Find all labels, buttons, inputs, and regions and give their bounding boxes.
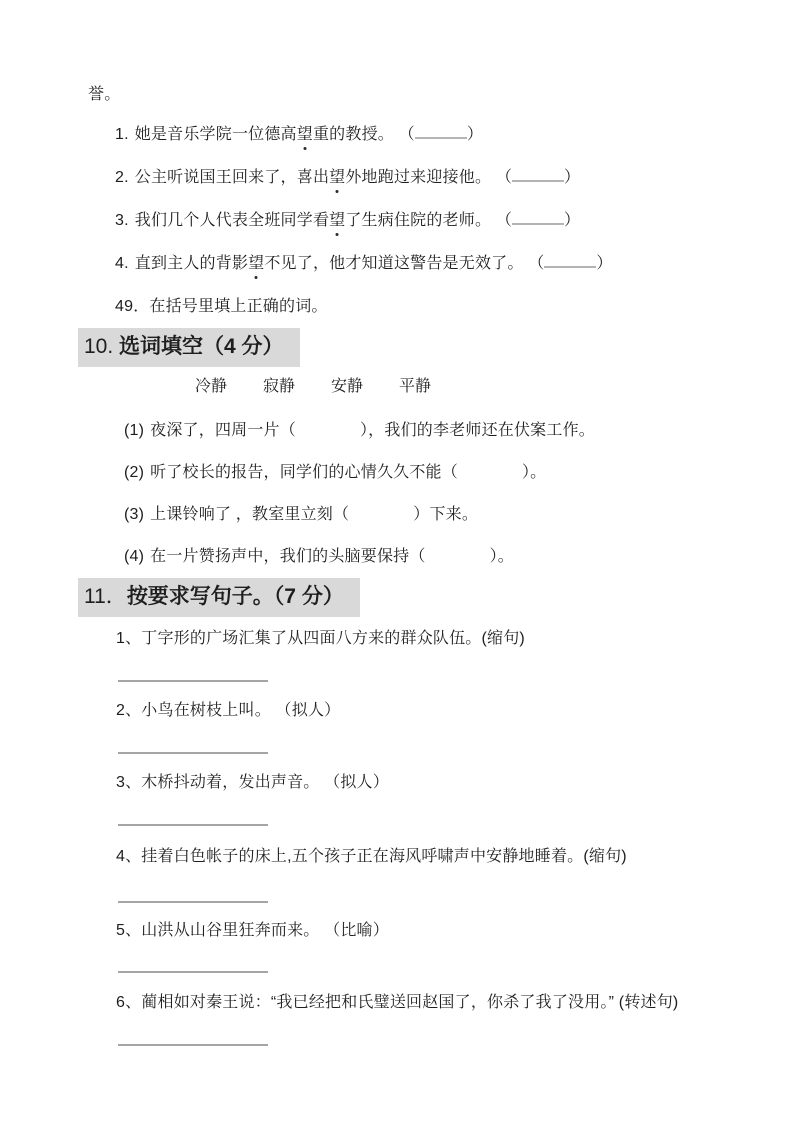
q9-item-2: 2.公主听说国王回来了，喜出望外地跑过来迎接他。 （） [115, 167, 580, 189]
answer-line[interactable] [118, 824, 268, 826]
q10-item-4: (4)在一片赞扬声中，我们的头脑要保持（）。 [124, 546, 514, 568]
q9-item-4: 4.直到主人的背影望不见了，他才知道这警告是无效了。 （） [115, 253, 613, 275]
item-number: (4) [124, 548, 144, 565]
word-bank-item: 冷静 [195, 376, 227, 398]
item-number: (2) [124, 464, 144, 481]
paren-close: ） [522, 464, 530, 481]
answer-line[interactable] [118, 1044, 268, 1046]
paren-close: ） [360, 422, 368, 439]
answer-line[interactable] [118, 901, 268, 903]
paren-open: （ [496, 169, 512, 186]
fill-blank[interactable] [512, 210, 564, 225]
section-11-heading: 11．按要求写句子。（7 分） [78, 578, 360, 617]
paren-close: ） [596, 255, 612, 272]
q11-item-4: 4、挂着白色帐子的床上,五个孩子正在海风呼啸声中安静地睡着。(缩句) [116, 846, 627, 868]
item-text: 夜深了，四周一片 [150, 422, 280, 439]
item-text: 直到主人的背影 [135, 255, 248, 272]
item-number: (3) [124, 506, 144, 523]
item-text: ，我们的李老师还在伏案工作。 [368, 422, 595, 439]
item-text: 了生病住院的老师。 [345, 212, 491, 229]
fill-blank[interactable] [544, 253, 596, 268]
emphasized-char: 望 [248, 253, 264, 275]
paren-open: （ [399, 126, 415, 143]
item-number: 1. [115, 126, 129, 143]
paren-close: ） [564, 169, 580, 186]
item-text: 上课铃响了 ，教室里立刻 [150, 506, 333, 523]
item-number: 2. [115, 169, 129, 186]
heading-title: 按要求写句子。（7 分） [127, 585, 344, 608]
item-text: 不见了，他才知道这警告是无效了。 [264, 255, 523, 272]
q10-item-2: (2)听了校长的报告，同学们的心情久久不能（）。 [124, 462, 546, 484]
word-bank-item: 寂静 [263, 376, 295, 398]
q9-item-3: 3.我们几个人代表全班同学看望了生病住院的老师。 （） [115, 210, 580, 232]
q11-item-5: 5、山洪从山谷里狂奔而来。 （比喻） [116, 920, 389, 942]
heading-number: 11． [84, 585, 127, 608]
item-text: 重的教授。 [313, 126, 394, 143]
paren-open: （ [442, 464, 458, 481]
emphasized-char: 望 [329, 167, 345, 189]
fill-blank[interactable] [458, 467, 522, 477]
answer-line[interactable] [118, 971, 268, 973]
answer-line[interactable] [118, 752, 268, 754]
item-text: 。 [530, 464, 546, 481]
item-text: 我们几个人代表全班同学看 [135, 212, 329, 229]
paren-open: （ [409, 548, 425, 565]
fill-blank[interactable] [512, 167, 564, 182]
fill-blank[interactable] [296, 425, 360, 435]
paren-open: （ [333, 506, 349, 523]
heading-number: 10. [84, 335, 113, 358]
word-bank: 冷静 寂静 安静 平静 [195, 376, 431, 398]
paren-open: （ [280, 422, 296, 439]
item-number: 3. [115, 212, 129, 229]
paren-open: （ [496, 212, 512, 229]
q9-item-1: 1.她是音乐学院一位德高望重的教授。 （） [115, 124, 483, 146]
emphasized-char: 望 [297, 124, 313, 146]
word-bank-item: 平静 [399, 376, 431, 398]
item-text: 听了校长的报告，同学们的心情久久不能 [150, 464, 442, 481]
paren-open: （ [528, 255, 544, 272]
worksheet-page: 誉。 1.她是音乐学院一位德高望重的教授。 （） 2.公主听说国王回来了，喜出望… [0, 0, 793, 1122]
q11-item-1: 1、丁字形的广场汇集了从四面八方来的群众队伍。(缩句) [116, 628, 525, 650]
emphasized-char: 望 [329, 210, 345, 232]
q11-item-2: 2、小鸟在树枝上叫。 （拟人） [116, 700, 340, 722]
paren-close: ） [564, 212, 580, 229]
paren-close: ） [413, 506, 429, 523]
q10-item-1: (1)夜深了，四周一片（），我们的李老师还在伏案工作。 [124, 420, 595, 442]
fill-blank[interactable] [415, 124, 467, 139]
paren-close: ） [467, 126, 483, 143]
q10-item-3: (3)上课铃响了 ，教室里立刻（）下来。 [124, 504, 478, 526]
item-text: 在一片赞扬声中，我们的头脑要保持 [150, 548, 409, 565]
paren-close: ） [490, 548, 498, 565]
q11-item-6: 6、蔺相如对秦王说：“我已经把和氏璧送回赵国了，你杀了我了没用。” (转述句) [116, 992, 678, 1014]
item-number: 4. [115, 255, 129, 272]
fill-blank[interactable] [349, 509, 413, 519]
paragraph-tail: 誉。 [88, 84, 120, 106]
note-49: 49．在括号里填上正确的词。 [115, 296, 328, 318]
fill-blank[interactable] [426, 551, 490, 561]
item-text: 外地跑过来迎接他。 [345, 169, 491, 186]
heading-title: 选词填空（4 分） [119, 335, 284, 358]
item-number: (1) [124, 422, 144, 439]
item-text: 下来。 [429, 506, 478, 523]
answer-line[interactable] [118, 680, 268, 682]
item-text: 她是音乐学院一位德高 [135, 126, 297, 143]
item-text: 。 [498, 548, 514, 565]
q11-item-3: 3、木桥抖动着，发出声音。 （拟人） [116, 772, 389, 794]
word-bank-item: 安静 [331, 376, 363, 398]
section-10-heading: 10. 选词填空（4 分） [78, 328, 300, 367]
item-text: 公主听说国王回来了，喜出 [135, 169, 329, 186]
